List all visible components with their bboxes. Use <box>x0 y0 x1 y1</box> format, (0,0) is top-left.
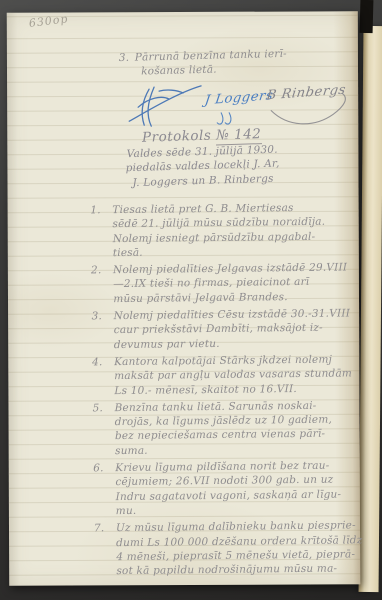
handwritten-line: Ls 10.- mēnesī, skaitot no 16.VII. <box>114 381 360 398</box>
binding-gap <box>360 0 374 33</box>
top-note-number: 3. <box>119 51 136 80</box>
agenda-item-number: 4. <box>92 355 114 398</box>
agenda-item-text: Benzīna tanku lietā. Sarunās noskai-droj… <box>115 398 362 458</box>
agenda-item: 4.Kantora kalpotājai Stārks jkdzei nolem… <box>92 352 360 398</box>
agenda-item-number: 7. <box>94 521 117 578</box>
handwritten-line: caur priekšstāvi Dambīti, maksājot iz- <box>114 321 360 338</box>
photo-background: 630op 3. Pārrunā benzīna tanku ierī-koša… <box>0 0 382 600</box>
agenda-item-text: Krievu līguma pildīšana norit bez trau-c… <box>115 458 362 518</box>
handwritten-line: košanas lietā. <box>141 61 287 79</box>
top-note-lines: Pārrunā benzīna tanku ierī-košanas lietā… <box>135 47 288 79</box>
handwritten-line: bez nepieciešamas centra vienas pārī- <box>115 427 361 444</box>
agenda-item-number: 5. <box>93 401 116 458</box>
handwritten-line: devumus par vietu. <box>114 335 360 352</box>
agenda-item-text: Tiesas lietā pret G. B. Miertiesassēdē 2… <box>112 200 359 260</box>
handwritten-line: maksāt par angļu valodas vasaras stundām <box>114 367 360 384</box>
agenda-item-number: 3. <box>91 309 113 352</box>
handwritten-line: tiesā. <box>113 243 359 260</box>
agenda-item-text: Uz mūsu līguma dalībnieku banku piesprie… <box>116 519 363 579</box>
agenda-item: 2.Nolemj piedalīties Jelgavas izstādē 29… <box>91 260 359 306</box>
page-number-label: 630op <box>28 12 69 30</box>
agenda-list: 1.Tiesas lietā pret G. B. Miertiesassēdē… <box>90 200 362 581</box>
agenda-item-number: 2. <box>91 263 113 306</box>
agenda-item: 7.Uz mūsu līguma dalībnieku banku piespr… <box>94 519 363 579</box>
agenda-item-text: Nolemj piedalīties Cēsu izstādē 30.-31.V… <box>113 306 359 352</box>
agenda-item: 3.Nolemj piedalīties Cēsu izstādē 30.-31… <box>91 306 359 352</box>
handwritten-line: mu. <box>116 501 362 518</box>
agenda-item: 6.Krievu līguma pildīšana norit bez trau… <box>93 458 362 518</box>
agenda-item: 5.Benzīna tanku lietā. Sarunās noskai-dr… <box>93 398 362 458</box>
handwritten-line: Indru sagatavoti vagoni, saskaņā ar līgu… <box>116 487 362 504</box>
agenda-item-text: Kantora kalpotājai Stārks jkdzei nolemjm… <box>114 352 360 398</box>
top-note: 3. Pārrunā benzīna tanku ierī-košanas li… <box>119 47 288 80</box>
agenda-item: 1.Tiesas lietā pret G. B. Miertiesassēdē… <box>90 200 359 260</box>
handwritten-line: sēdē 21. jūlijā mūsu sūdzību noraidīja. <box>112 215 358 232</box>
protocol-title-word: Protokols <box>142 127 217 145</box>
protocol-heading: Protokols № 142 Valdes sēde 31. jūlijā 1… <box>73 124 333 192</box>
agenda-item-number: 1. <box>90 203 113 260</box>
handwritten-line: suma. <box>115 441 361 458</box>
agenda-item-text: Nolemj piedalīties Jelgavas izstādē 29.V… <box>113 260 359 306</box>
handwritten-line: mūsu pārstāvi Jelgavā Brandes. <box>113 289 359 306</box>
agenda-item-number: 6. <box>93 461 116 518</box>
manuscript-page: 630op 3. Pārrunā benzīna tanku ierī-koša… <box>7 11 360 586</box>
handwritten-line: sot kā papildu nodrošinājumu mūsu ma- <box>116 561 362 578</box>
